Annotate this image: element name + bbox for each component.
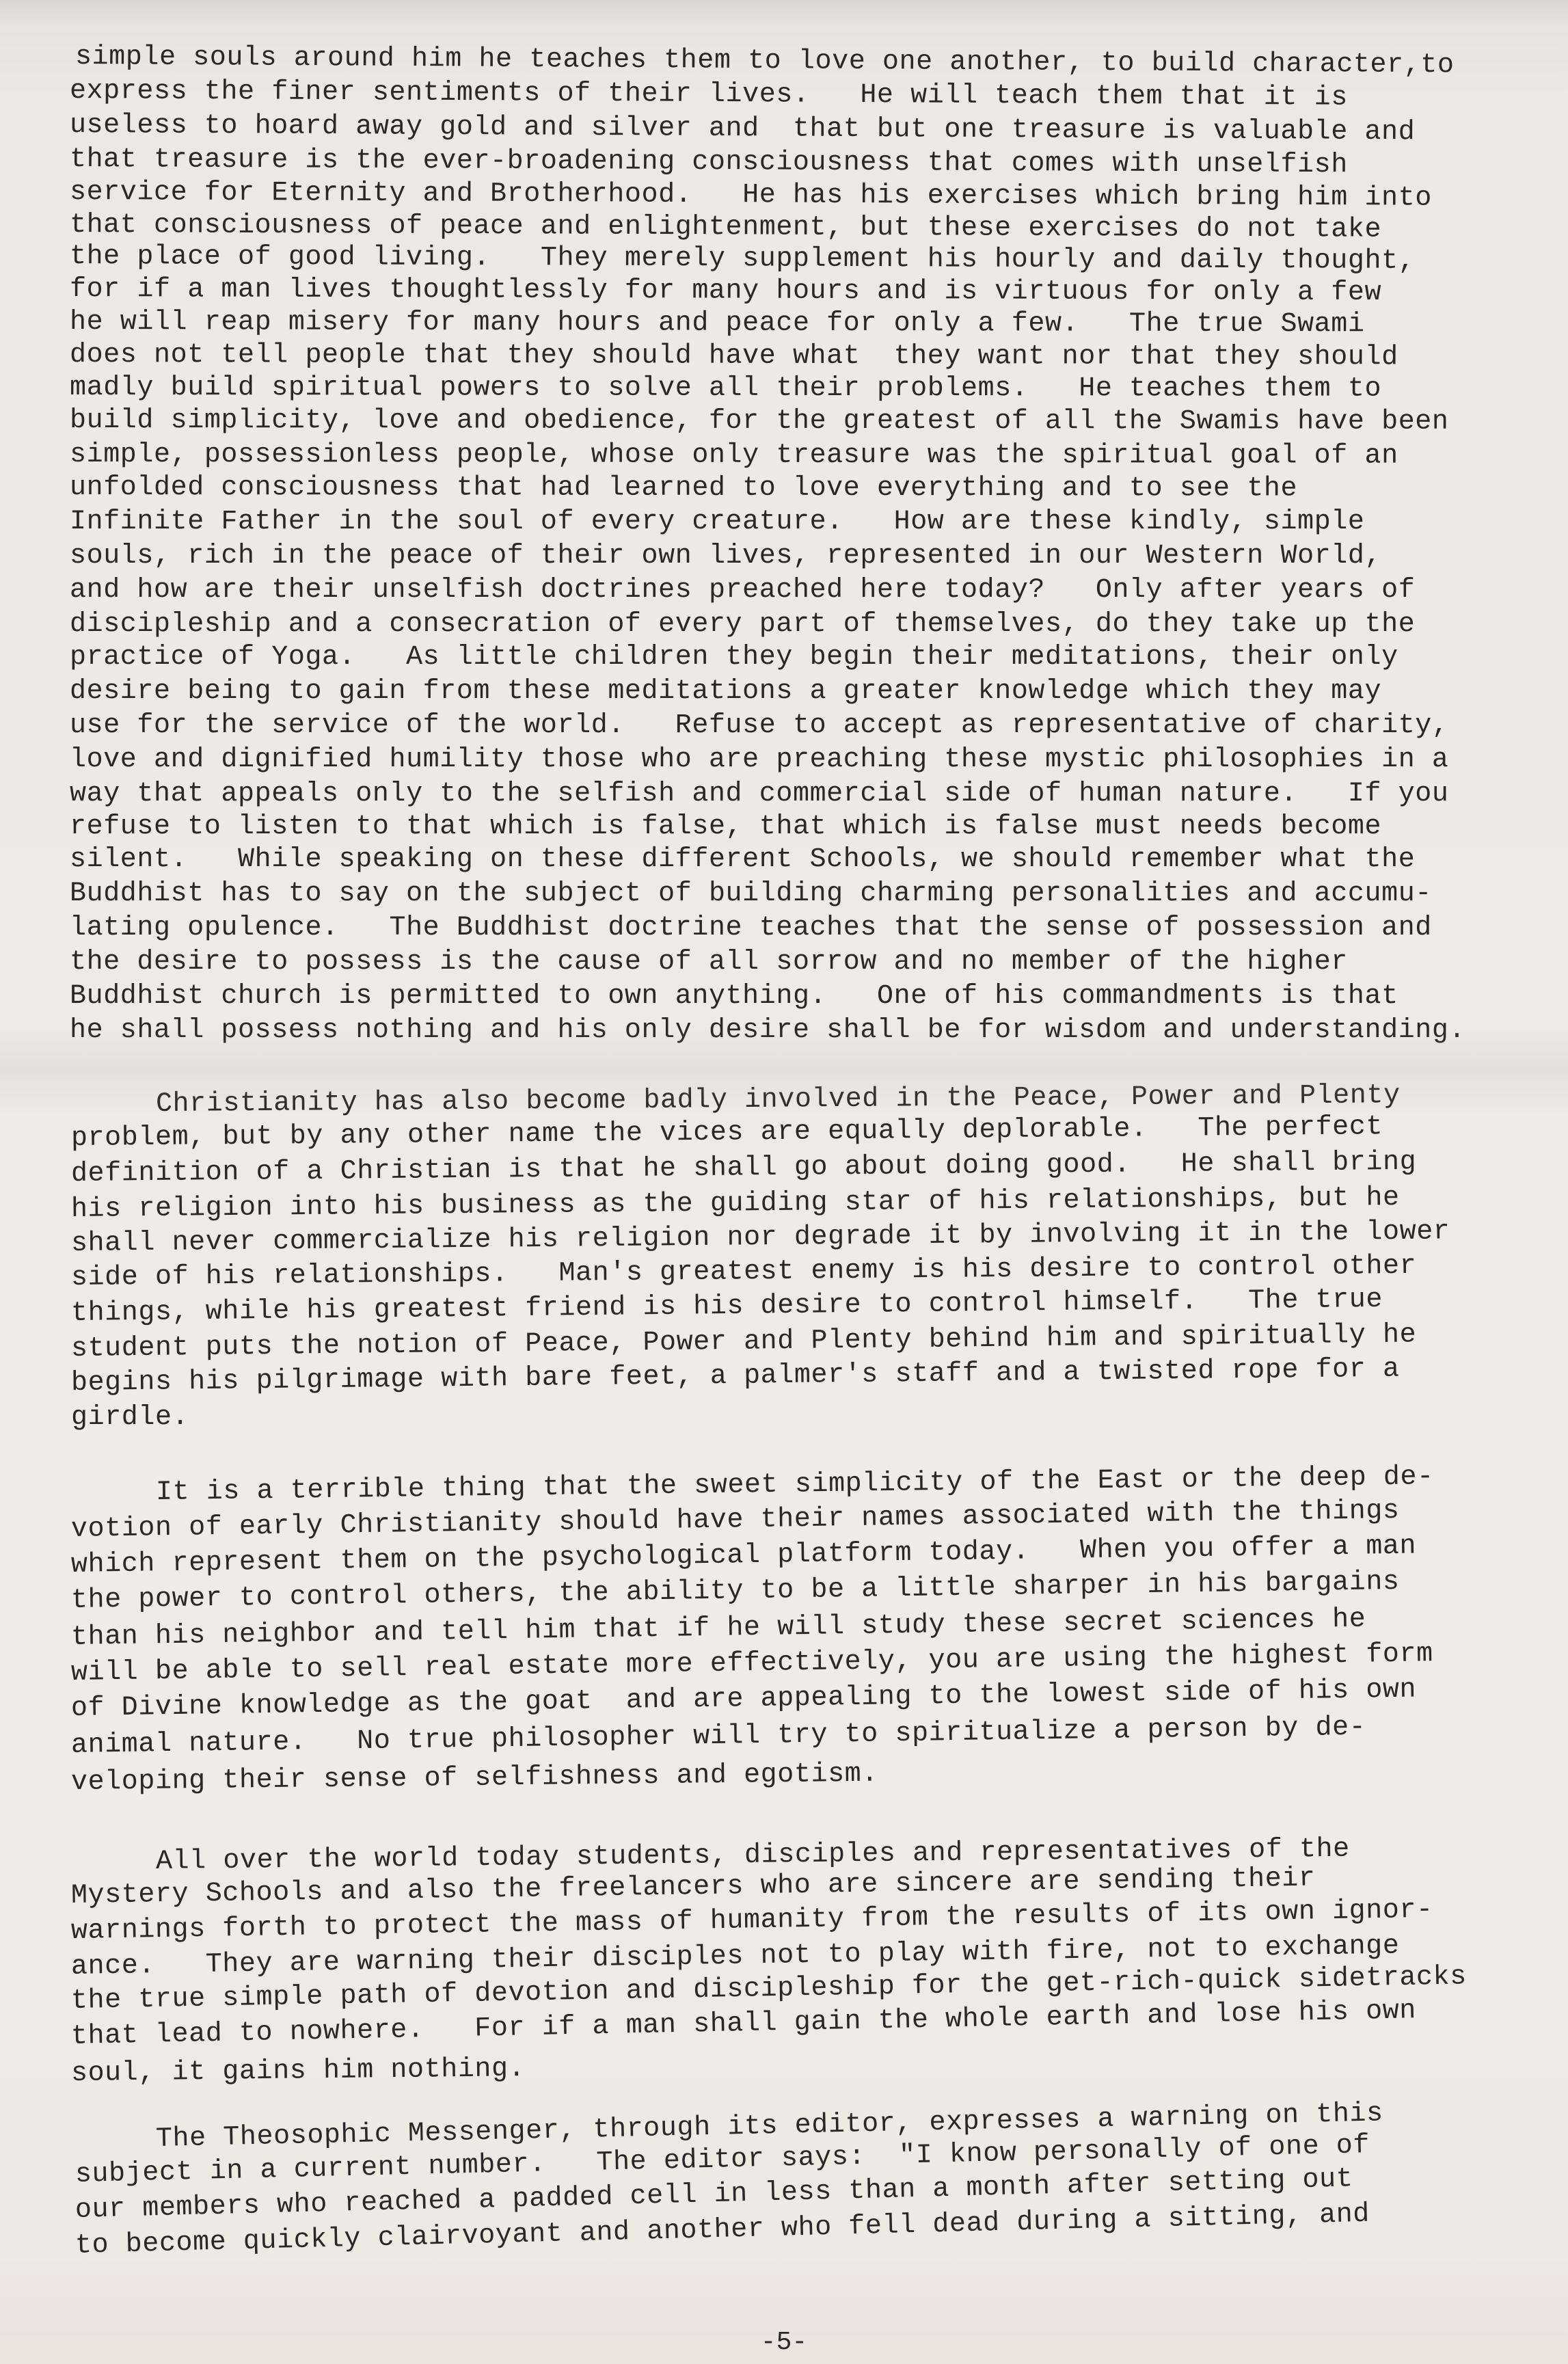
text-line: lating opulence. The Buddhist doctrine t… <box>70 912 1432 945</box>
text-line: girdle. <box>71 1401 189 1434</box>
text-line: veloping their sense of selfishness and … <box>71 1758 878 1799</box>
text-line: desire being to gain from these meditati… <box>70 675 1381 708</box>
text-line: madly build spiritual powers to solve al… <box>70 372 1381 406</box>
typewritten-page: simple souls around him he teaches them … <box>0 0 1568 2364</box>
text-line: simple, possessionless people, whose onl… <box>70 439 1398 473</box>
text-line: he will reap misery for many hours and p… <box>70 306 1365 341</box>
text-line: the desire to possess is the cause of al… <box>70 946 1348 979</box>
text-line: does not tell people that they should ha… <box>70 339 1398 374</box>
text-line: love and dignified humility those who ar… <box>70 744 1449 777</box>
text-line: way that appeals only to the selfish and… <box>70 778 1449 811</box>
page-number: -5- <box>0 2328 1568 2357</box>
text-line: soul, it gains him nothing. <box>71 2053 526 2091</box>
text-line: he shall possess nothing and his only de… <box>70 1015 1465 1047</box>
text-line: Buddhist has to say on the subject of bu… <box>70 878 1432 911</box>
text-line: express the finer sentiments of their li… <box>70 75 1348 115</box>
text-line: and how are their unselfish doctrines pr… <box>70 574 1415 607</box>
text-line: for if a man lives thoughtlessly for man… <box>70 273 1381 310</box>
text-line: useless to hoard away gold and silver an… <box>70 109 1416 149</box>
text-line: souls, rich in the peace of their own li… <box>70 540 1381 573</box>
text-line: refuse to listen to that which is false,… <box>70 811 1381 844</box>
text-line: silent. While speaking on these differen… <box>70 844 1415 876</box>
text-line: Infinite Father in the soul of every cre… <box>70 506 1365 539</box>
text-line: use for the service of the world. Refuse… <box>70 710 1449 742</box>
text-line: that treasure is the ever-broadening con… <box>70 144 1348 182</box>
text-line: the place of good living. They merely su… <box>70 241 1415 278</box>
text-line: discipleship and a consecration of every… <box>70 608 1415 641</box>
text-line: build simplicity, love and obedience, fo… <box>70 405 1449 439</box>
text-line: unfolded consciousness that had learned … <box>70 472 1297 506</box>
text-line: practice of Yoga. As little children the… <box>70 641 1398 674</box>
text-line: Buddhist church is permitted to own anyt… <box>70 980 1398 1013</box>
